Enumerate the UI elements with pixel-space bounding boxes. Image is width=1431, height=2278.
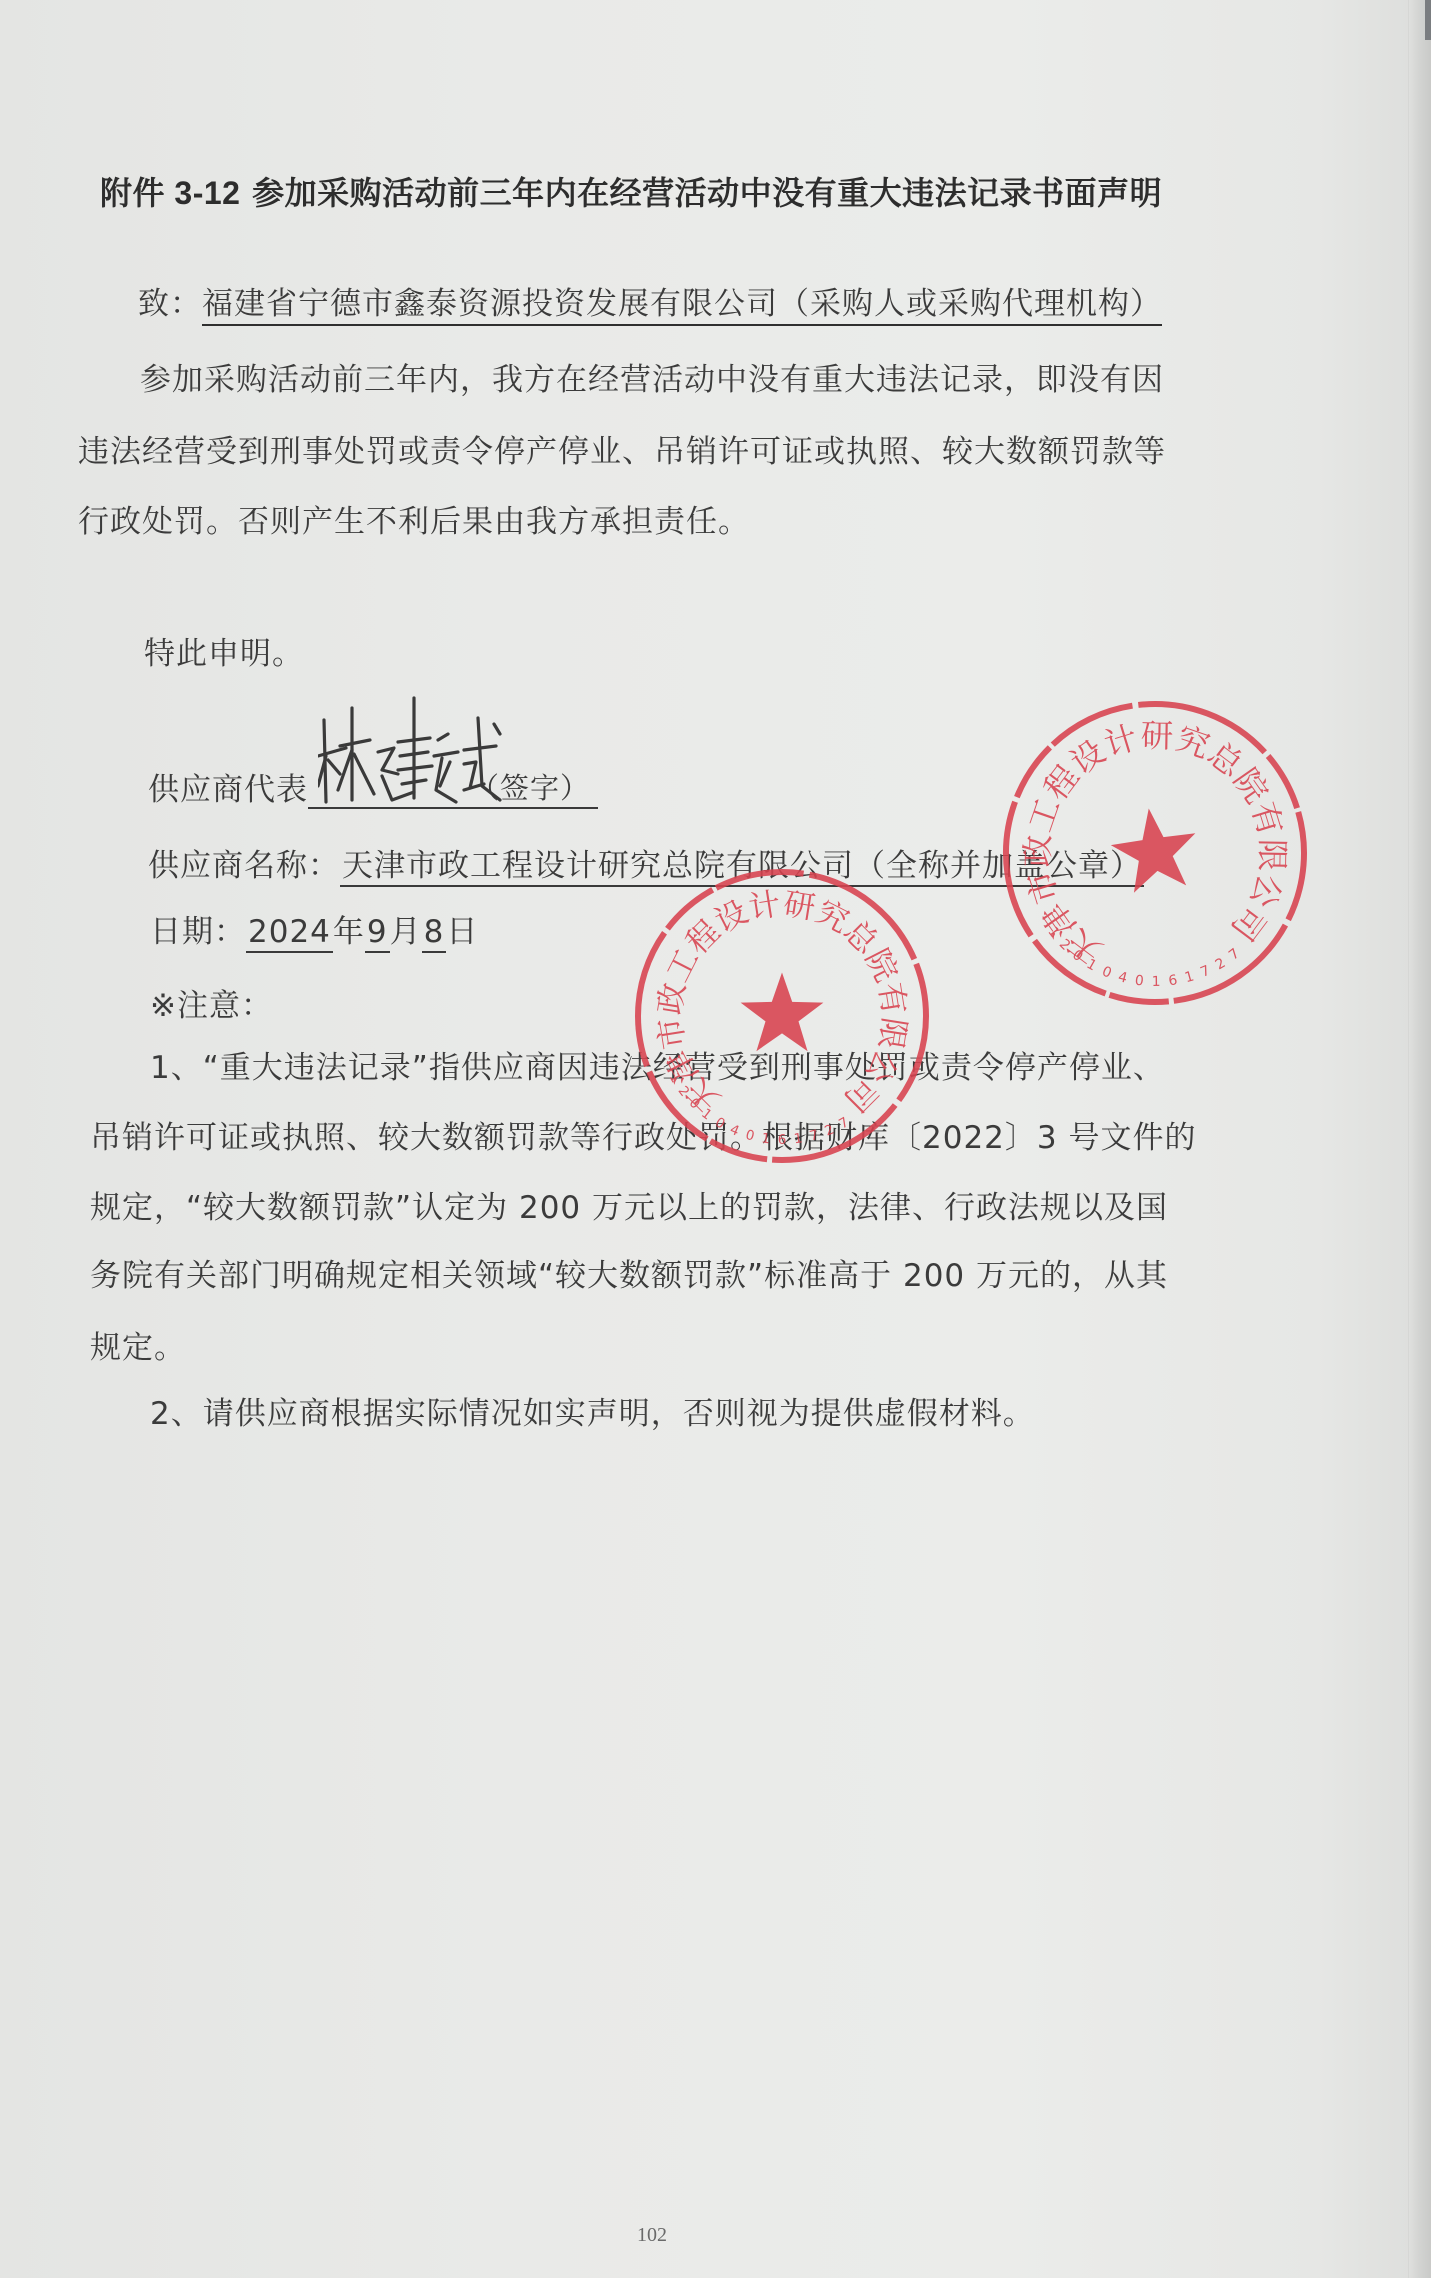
svg-text:0: 0 <box>1100 964 1114 982</box>
body-line-1: 参加采购活动前三年内，我方在经营活动中没有重大违法记录，即没有因 <box>140 354 1164 399</box>
date-month-suffix: 月 <box>390 914 422 950</box>
svg-text:政: 政 <box>1019 834 1058 867</box>
addressee-name: 福建省宁德市鑫泰资源投资发展有限公司（采购人或采购代理机构） <box>202 286 1162 326</box>
svg-text:1: 1 <box>1152 974 1161 990</box>
date-line: 日期：2024年9月8日 <box>150 906 478 951</box>
svg-text:0: 0 <box>1134 973 1145 990</box>
svg-text:6: 6 <box>778 1132 787 1148</box>
page-edge-shadow <box>1425 0 1431 40</box>
svg-text:0: 0 <box>744 1127 756 1145</box>
svg-text:6: 6 <box>1167 972 1178 989</box>
page-edge <box>1408 0 1431 2278</box>
company-seal-stamp: 天津市政工程设计研究总院有限公司1201040161727 <box>632 866 932 1166</box>
svg-text:市: 市 <box>652 1015 692 1052</box>
svg-text:4: 4 <box>727 1122 741 1140</box>
svg-text:2: 2 <box>1213 955 1229 973</box>
svg-text:7: 7 <box>808 1127 820 1145</box>
svg-text:限: 限 <box>1253 838 1292 871</box>
addressee-label: 致： <box>138 286 202 322</box>
notice-line-6: 2、请供应商根据实际情况如实声明，否则视为提供虚假材料。 <box>150 1388 1035 1433</box>
body-line-2: 违法经营受到刑事处罚或责令停产停业、吊销许可证或执照、较大数额罚款等 <box>78 426 1166 471</box>
svg-text:1: 1 <box>793 1130 804 1147</box>
supplier-name-label: 供应商名称： <box>148 848 340 884</box>
svg-text:研: 研 <box>1140 717 1173 756</box>
closing-statement: 特此申明。 <box>144 628 304 673</box>
date-year-suffix: 年 <box>333 914 365 950</box>
svg-text:0: 0 <box>712 1114 727 1132</box>
addressee-line: 致：福建省宁德市鑫泰资源投资发展有限公司（采购人或采购代理机构） <box>138 278 1162 323</box>
date-year: 2024 <box>246 914 333 953</box>
title-prefix: 附件 3-12 <box>100 175 240 211</box>
svg-text:有: 有 <box>871 980 911 1017</box>
svg-text:2: 2 <box>822 1122 836 1140</box>
date-month: 9 <box>365 914 390 953</box>
notice-line-5: 规定。 <box>90 1322 186 1367</box>
svg-text:7: 7 <box>1198 963 1212 981</box>
svg-text:4: 4 <box>1116 969 1129 987</box>
document-title: 附件 3-12 参加采购活动前三年内在经营活动中没有重大违法记录书面声明 <box>100 168 1162 214</box>
date-day: 8 <box>422 914 447 953</box>
notice-line-4: 务院有关部门明确规定相关领域“较大数额罚款”标准高于 200 万元的，从其 <box>90 1250 1168 1295</box>
notice-line-3: 规定，“较大数额罚款”认定为 200 万元以上的罚款，法律、行政法规以及国 <box>90 1182 1168 1227</box>
svg-text:1: 1 <box>760 1130 771 1147</box>
company-seal-stamp-2: 天津市政工程设计研究总院有限公司1201040161727 <box>1000 698 1310 1008</box>
svg-text:1: 1 <box>1183 968 1196 986</box>
date-day-suffix: 日 <box>446 914 478 950</box>
page-number: 102 <box>637 2224 667 2247</box>
svg-text:计: 计 <box>746 886 783 926</box>
svg-text:7: 7 <box>836 1114 851 1132</box>
body-line-3: 行政处罚。否则产生不利后果由我方承担责任。 <box>78 496 750 541</box>
representative-label: 供应商代表 <box>148 772 308 808</box>
notice-heading: ※注意： <box>150 980 273 1025</box>
title-text: 参加采购活动前三年内在经营活动中没有重大违法记录书面声明 <box>252 174 1162 212</box>
handwritten-signature <box>318 690 508 810</box>
svg-text:7: 7 <box>1226 946 1243 964</box>
date-label: 日期： <box>150 914 246 950</box>
